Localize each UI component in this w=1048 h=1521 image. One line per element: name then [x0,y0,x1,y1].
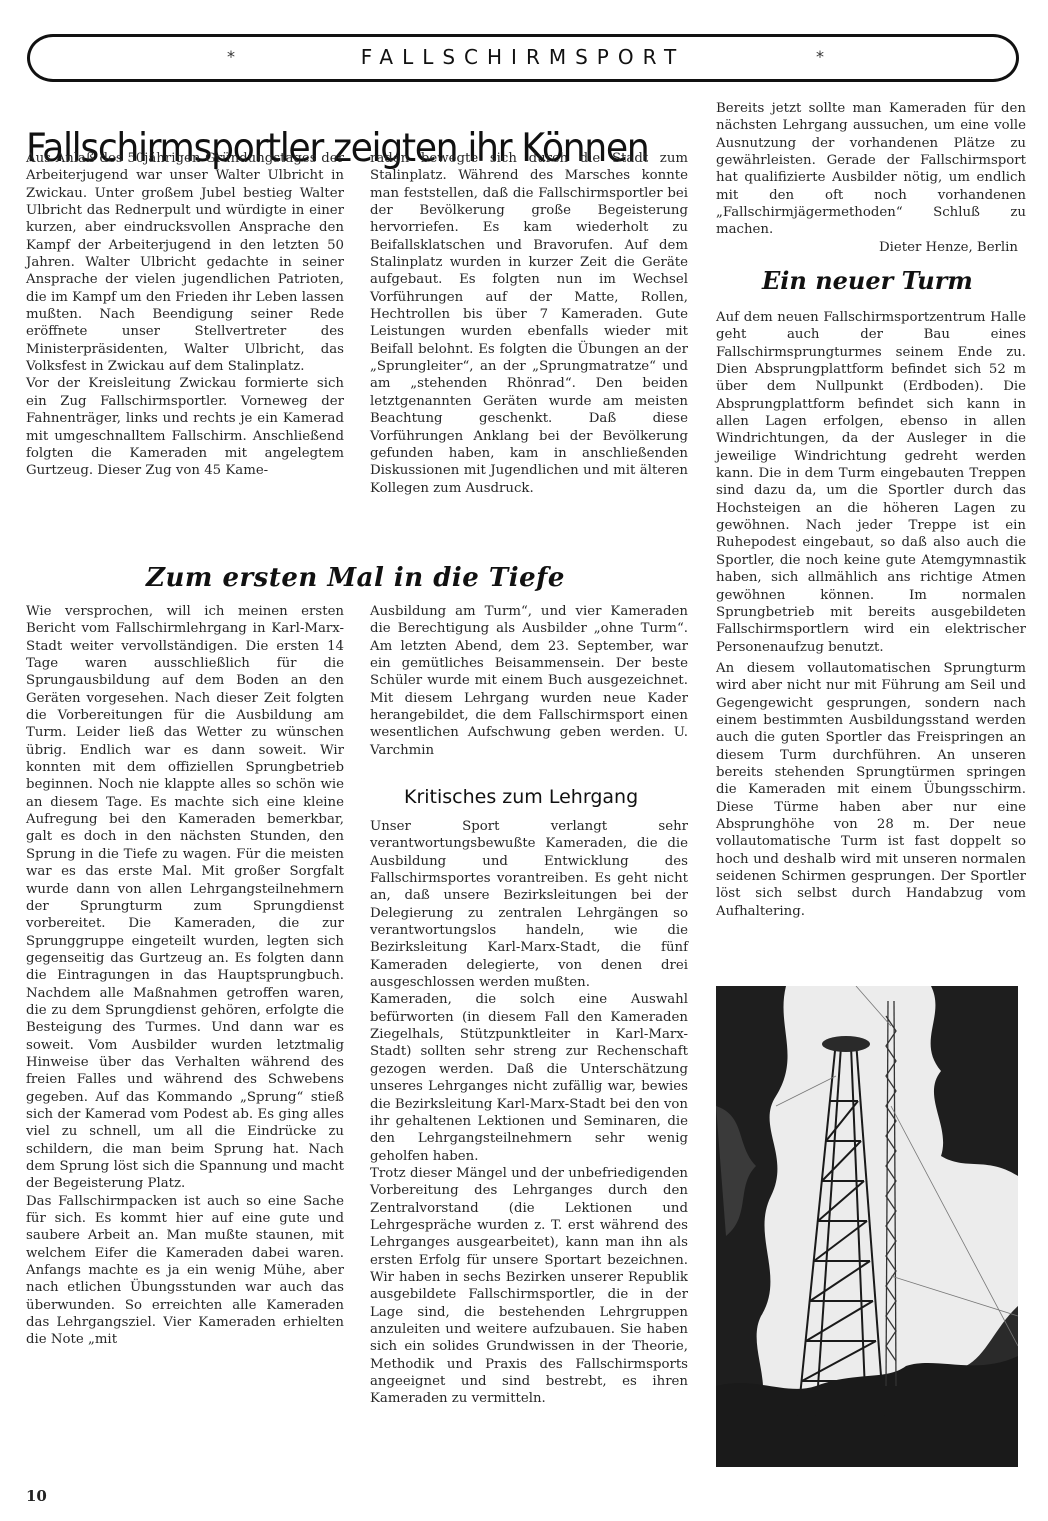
article3-body: Unser Sport verlangt sehr verantwortungs… [370,818,688,1408]
ornament-star-right: * [816,47,824,66]
article4-body: Auf dem neuen Fallschirmsportzentrum Hal… [716,309,1026,920]
section-title: FALLSCHIRMSPORT [30,45,1016,69]
article3-paragraph: Trotz dieser Mängel und der unbefriedige… [370,1165,688,1408]
article1-paragraph: Bereits jetzt sollte man Kameraden für d… [716,100,1026,239]
article4-paragraph: An diesem vollautomatischen Sprungturm w… [716,660,1026,920]
article-headline-new-tower: Ein neuer Turm [762,266,973,295]
article1-paragraph: Vor der Kreisleitung Zwickau formierte s… [26,375,344,479]
article3-paragraph: Kameraden, die solch eine Auswahl befürw… [370,991,688,1164]
article1-author: Dieter Henze, Berlin [716,239,1026,256]
page-number: 10 [26,1487,47,1505]
article3-paragraph: Unser Sport verlangt sehr verantwortungs… [370,818,688,991]
article2-column-2: Ausbildung am Turm“, und vier Kameraden … [370,603,688,759]
tower-photo-illustration [716,986,1018,1467]
section-banner: * FALLSCHIRMSPORT * [27,34,1019,82]
article1-column-3: Bereits jetzt sollte man Kameraden für d… [716,100,1026,256]
article2-paragraph: Das Fallschirmpacken ist auch so eine Sa… [26,1193,344,1349]
tower-photo [716,986,1018,1467]
article1-column-1: Aus Anlaß des 50jährigen Gründungstages … [26,150,344,480]
article1-column-2: raden bewegte sich durch die Stadt zum S… [370,150,688,497]
article-headline-critique: Kritisches zum Lehrgang [404,786,638,808]
article1-paragraph: raden bewegte sich durch die Stadt zum S… [370,150,688,497]
newspaper-page: * FALLSCHIRMSPORT * Fallschirmsportler z… [0,0,1048,1521]
article1-paragraph: Aus Anlaß des 50jährigen Gründungstages … [26,150,344,375]
article2-paragraph: Wie versprochen, will ich meinen ersten … [26,603,344,1193]
article-headline-first-jump: Zum ersten Mal in die Tiefe [146,563,565,593]
article4-paragraph: Auf dem neuen Fallschirmsportzentrum Hal… [716,309,1026,656]
article2-paragraph: Ausbildung am Turm“, und vier Kameraden … [370,603,688,759]
article2-column-1: Wie versprochen, will ich meinen ersten … [26,603,344,1349]
